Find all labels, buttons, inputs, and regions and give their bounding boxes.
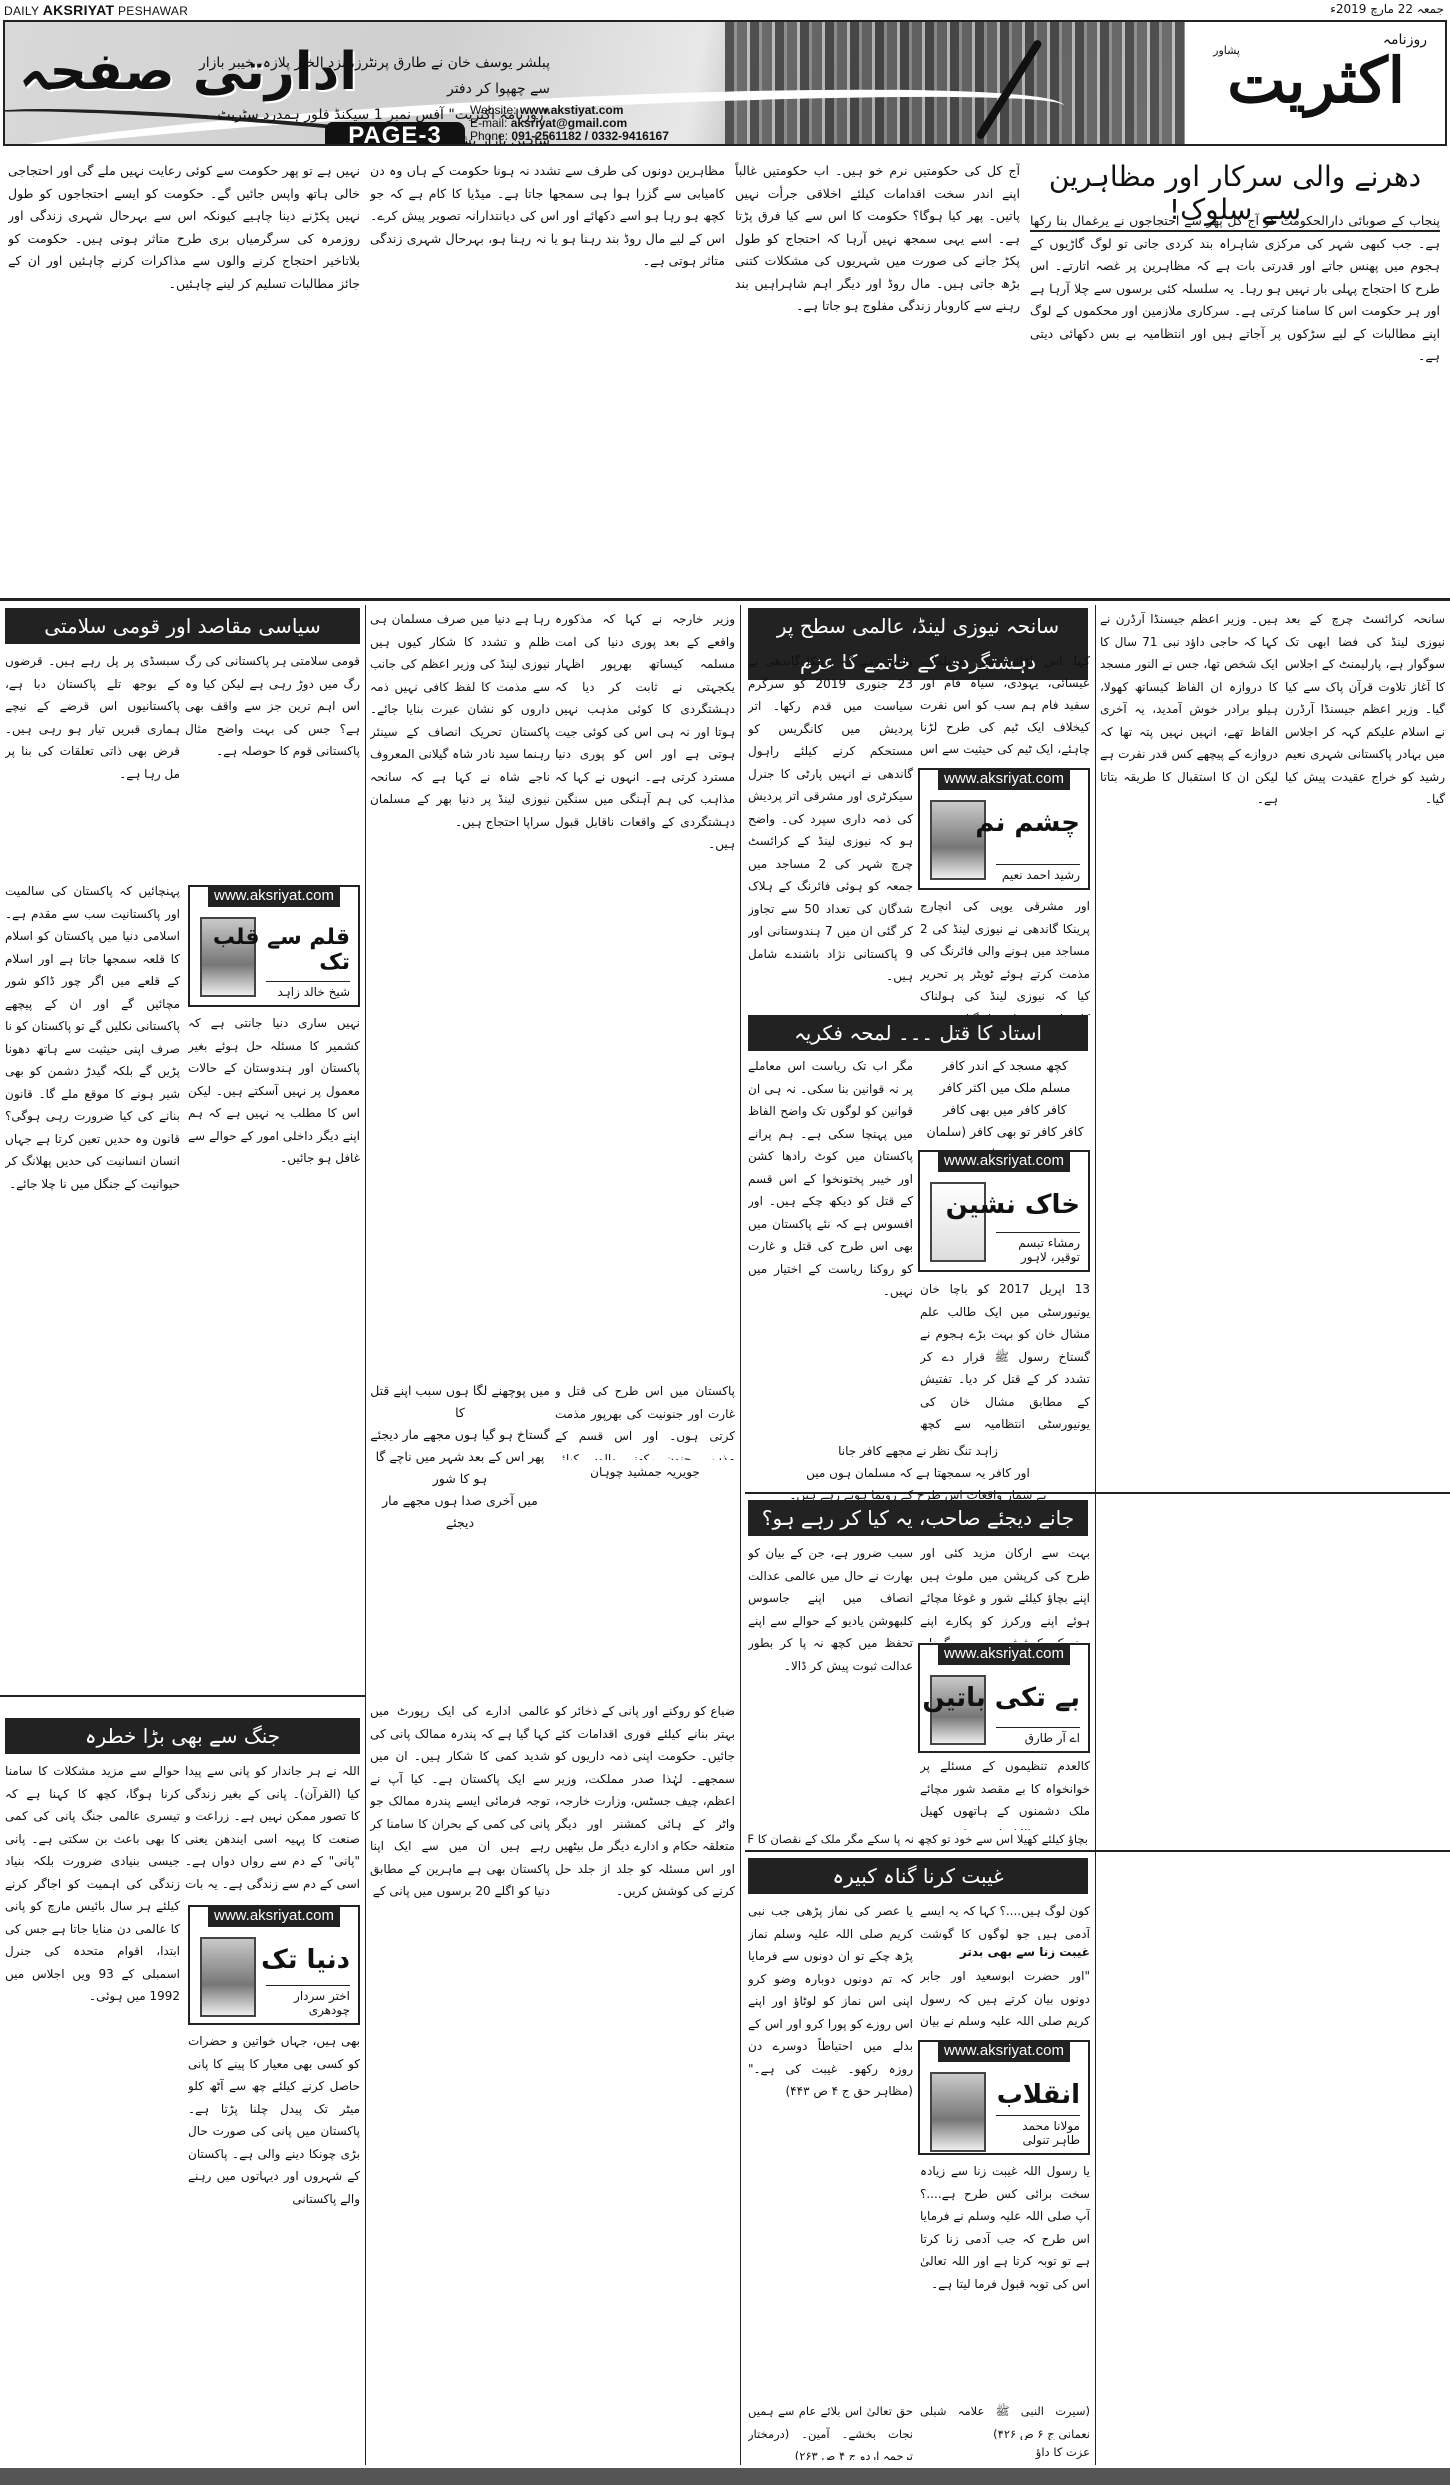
paper-prefix: DAILY <box>4 4 39 18</box>
author-name: اختر سردار چودھری <box>266 1985 350 2017</box>
politics-article-p3: پہنچائیں کہ پاکستان کی سالمیت اور پاکستا… <box>5 880 180 1680</box>
website-link[interactable]: www.aksriyat.com <box>208 1905 340 1927</box>
poem-line: میں آخری صدا ہوں مجھے مار دیجئے <box>370 1490 550 1534</box>
gheebat-article-p3: یا عصر کی نماز پڑھی جب نبی کریم صلی اللہ… <box>748 1900 913 2390</box>
column-name: دنیا تک <box>261 1945 350 1975</box>
poem-line: اور کافر یہ سمجھتا ہے کہ مسلمان ہوں میں <box>748 1462 1088 1484</box>
gheebat-subheading: غیبت زنا سے بھی بدتر <box>920 1945 1090 1959</box>
paper-name: DAILY AKSRIYAT PESHAWAR <box>4 2 188 18</box>
editorial-col-2: آج کل کی حکومتیں نرم خو ہیں۔ اب حکومتیں … <box>735 160 1020 590</box>
column-name: چشم نم <box>975 808 1080 838</box>
nz-article-far-col-1: سانحہ کرائسٹ چرچ کے بعد نیوزی لینڈ کی فض… <box>1285 608 1445 1828</box>
middle-article-signoff: جویریہ جمشید چوہان <box>555 1465 735 1479</box>
poem-line: مسلم ملک میں اکثر کافر <box>920 1077 1090 1099</box>
author-photo <box>200 1937 256 2017</box>
website-link[interactable]: www.aksriyat.com <box>208 885 340 907</box>
website-link[interactable]: www.aksriyat.com <box>938 1643 1070 1665</box>
gheebat-article-p1: کون لوگ ہیں....؟ کہا کہ یہ ایسے آدمی ہیں… <box>920 1900 1090 1940</box>
column-rule <box>365 605 366 2465</box>
website-link[interactable]: www.aksriyat.com <box>938 1150 1070 1172</box>
column-box-duniya-tak: www.aksriyat.com دنیا تک اختر سردار چودھ… <box>188 1905 360 2025</box>
middle-article-p1: وزیر خارجہ نے کہا کہ مذکورہ واقعے کے بعد… <box>555 608 735 1368</box>
gheebat-ref-2: عزت کا داؤ <box>920 2445 1090 2459</box>
top-bar: DAILY AKSRIYAT PESHAWAR جمعہ 22 مارچ 201… <box>0 0 1450 20</box>
poem-line: کافر کافر میں بھی کافر <box>920 1099 1090 1121</box>
section-divider <box>745 1850 1450 1852</box>
teacher-article-p2: 13 اپریل 2017 کو باچا خان یونیورسٹی میں … <box>920 1278 1090 1438</box>
poem-line: گستاخ ہو گیا ہوں مجھے مار دیجئے <box>370 1424 550 1446</box>
teacher-article-headline: استاد کا قتل ۔۔۔ لمحہ فکریہ <box>748 1015 1088 1051</box>
website-link[interactable]: www.aksriyat.com <box>938 768 1070 790</box>
poem-line: پھر اس کے بعد شہر میں ناچے گا ہو کا شور <box>370 1446 550 1490</box>
water-article-p1: اللہ نے ہر جاندار کو پانی سے پیدا کیا (ا… <box>185 1760 360 1900</box>
column-name: قلم سے قلب تک <box>190 925 350 975</box>
editorial-col-1: پنجاب کے صوبائی دارالحکومت کو آج کل پھر … <box>1030 210 1440 590</box>
dekhiye-article-p2: سبب ضرور ہے، جن کے بیان کو بھارت نے حال … <box>748 1542 913 1832</box>
water-article-p5: ضیاع کو روکنے اور پانی کے ذخائر کو بہتر … <box>555 1700 735 2460</box>
author-name: رشید احمد نعیم <box>996 864 1080 882</box>
nz-article-side: کہا اس لڑائی میں مسلمان، عیسائی، یہودی، … <box>920 650 1090 765</box>
page-footer-bar <box>0 2468 1450 2485</box>
column-rule <box>1095 605 1096 2465</box>
dekhiye-article-headline: جانے دیجئے صاحب، یہ کیا کر رہے ہو؟ <box>748 1500 1088 1536</box>
author-name: اے آر طارق <box>996 1727 1080 1745</box>
column-name: انقلاب <box>997 2080 1080 2110</box>
gheebat-article-p2: "اور حضرت ابوسعید اور جابر دونوں بیان کر… <box>920 1965 1090 2035</box>
middle-article-p2: رہا ہے دنیا میں صرف مسلمان ہی ظلم و تشدد… <box>370 608 550 1368</box>
editorial-col-3: مظاہرین دونوں کی طرف سے تشدد نہ ہونا حکو… <box>370 160 725 590</box>
phone-number: 091-2561182 / 0332-9416167 <box>511 129 668 143</box>
column-box-khak-nasheen: www.aksriyat.com خاک نشین رمشاء تبسم توق… <box>918 1150 1090 1272</box>
column-rule <box>740 605 741 2465</box>
email-label: E-mail: <box>470 116 507 130</box>
column-box-be-tuki-baatein: www.aksriyat.com بے تکی باتیں اے آر طارق <box>918 1643 1090 1753</box>
politics-article-p1: قومی سلامتی ہر پاکستانی کی رگ رگ میں دوڑ… <box>185 650 360 880</box>
column-name: خاک نشین <box>946 1190 1080 1220</box>
gheebat-ref-1: (سیرت النبی ﷺ علامہ شبلی نعمانی ج ۶ ص ۴۲… <box>920 2400 1090 2440</box>
poem-line: میں پوچھنے لگا ہوں سبب اپنے قتل کا <box>370 1380 550 1424</box>
publisher-line-1: پبلشر یوسف خان نے طارق پرنٹرز، نزد الخیر… <box>190 50 550 102</box>
water-article-p2: حوالے سے مزید مشکلات کا سامنا کرنا ہوگا،… <box>5 1760 180 2380</box>
dekhiye-article-p1: بہت سے ارکان مزید کئی اور طرح کی کرپشن م… <box>920 1542 1090 1642</box>
phone-label: Phone: <box>470 129 508 143</box>
section-divider <box>0 1695 365 1697</box>
logo-area: روزنامہ اکثریت <box>1185 22 1445 144</box>
nz-article-lead: واضح رہے کہ پرینکا گاندھی نے 23 جنوری 20… <box>748 650 913 1020</box>
author-name: رمشاء تبسم توقیر، لاہور <box>996 1232 1080 1264</box>
middle-article-p3: پاکستان میں اس طرح کی قتل و غارت اور جنو… <box>555 1380 735 1460</box>
website-label: Website: <box>470 103 516 117</box>
gheebat-article-p4: یا رسول اللہ غیبت زنا سے زیادہ سخت برائی… <box>920 2160 1090 2390</box>
paper-brand: AKSRIYAT <box>43 2 115 18</box>
column-box-inqilab: www.aksriyat.com انقلاب مولانا محمد طاہر… <box>918 2040 1090 2155</box>
column-box-qalam-se-qalb-tak: www.aksriyat.com قلم سے قلب تک شیخ خالد … <box>188 885 360 1007</box>
nz-article-below: اور مشرقی یوپی کی انچارج پرینکا گاندھی ن… <box>920 895 1090 1015</box>
masthead-banner: روزنامہ اکثریت پشاور ادارتی صفحہ پبلشر ی… <box>3 20 1447 146</box>
website-link[interactable]: www.aksriyat.com <box>938 2040 1070 2062</box>
dekhiye-article-fatf: بچاؤ کیلئے کھیلا اس سے خود تو کچھ نہ پا … <box>748 1832 1088 1846</box>
page-number-badge: PAGE-3 <box>325 122 465 146</box>
column-box-chashm-e-nam: www.aksriyat.com چشم نم رشید احمد نعیم <box>918 768 1090 890</box>
poem-line: زاہد تنگ نظر نے مجھے کافر جانا <box>748 1440 1088 1462</box>
email-link[interactable]: aksriyat@gmail.com <box>511 116 627 130</box>
water-article-headline: جنگ سے بھی بڑا خطرہ <box>5 1718 360 1754</box>
teacher-article-poem: کچھ مسجد کے اندر کافر مسلم ملک میں اکثر … <box>920 1055 1090 1165</box>
politics-article-headline: سیاسی مقاصد اور قومی سلامتی <box>5 608 360 644</box>
water-article-p4: عالمی ادارے کی ایک رپورٹ میں کہا گیا ہے … <box>370 1700 550 2460</box>
editorial-col-4: نہیں ہے تو پھر حکومت سے کوئی رعایت نہیں … <box>8 160 360 590</box>
contact-info: Website: www.akstiyat.com E-mail: aksriy… <box>470 104 669 143</box>
author-name: شیخ خالد زاہد <box>266 981 350 999</box>
author-name: مولانا محمد طاہر تنولی <box>996 2115 1080 2147</box>
newspaper-logo: اکثریت <box>1227 44 1405 117</box>
dekhiye-article-p3: کالعدم تنظیموں کے مسئلے پر خوانخواہ کا ب… <box>920 1755 1090 1830</box>
middle-article-poem: میں پوچھنے لگا ہوں سبب اپنے قتل کا گستاخ… <box>370 1380 550 1534</box>
teacher-article-tail: زاہد تنگ نظر نے مجھے کافر جانا اور کافر … <box>748 1440 1088 1506</box>
gheebat-article-headline: غیبت کرنا گناہ کبیرہ <box>748 1858 1088 1894</box>
paper-city: PESHAWAR <box>118 4 188 18</box>
section-divider <box>0 598 1450 601</box>
logo-city: پشاور <box>1213 44 1240 57</box>
water-article-p3: بھی ہیں، جہاں خواتین و حضرات کو کسی بھی … <box>188 2030 360 2380</box>
issue-date: جمعہ 22 مارچ 2019ء <box>1330 2 1444 16</box>
teacher-article-p1: مگر اب تک ریاست اس معاملے پر نہ قوانین ب… <box>748 1055 913 1435</box>
gheebat-ref-3: حق تعالیٰ اس بلائے عام سے ہمیں نجات بخشے… <box>748 2400 913 2460</box>
nz-article-far-col-2: ہیں۔ وزیر اعظم جیسنڈا آرڈرن نے کہا کہ حا… <box>1100 608 1278 1828</box>
section-divider <box>745 1492 1450 1494</box>
politics-article-p4: نہیں ساری دنیا جانتی ہے کہ کشمیر کا مسئل… <box>188 1012 360 1682</box>
website-link[interactable]: www.akstiyat.com <box>520 103 624 117</box>
column-name: بے تکی باتیں <box>922 1683 1080 1713</box>
politics-article-p2: سبسڈی پر پل رہے ہیں۔ قرضوں کے بوجھ تلے پ… <box>5 650 180 880</box>
author-photo <box>930 2072 986 2152</box>
poem-line: کچھ مسجد کے اندر کافر <box>920 1055 1090 1077</box>
